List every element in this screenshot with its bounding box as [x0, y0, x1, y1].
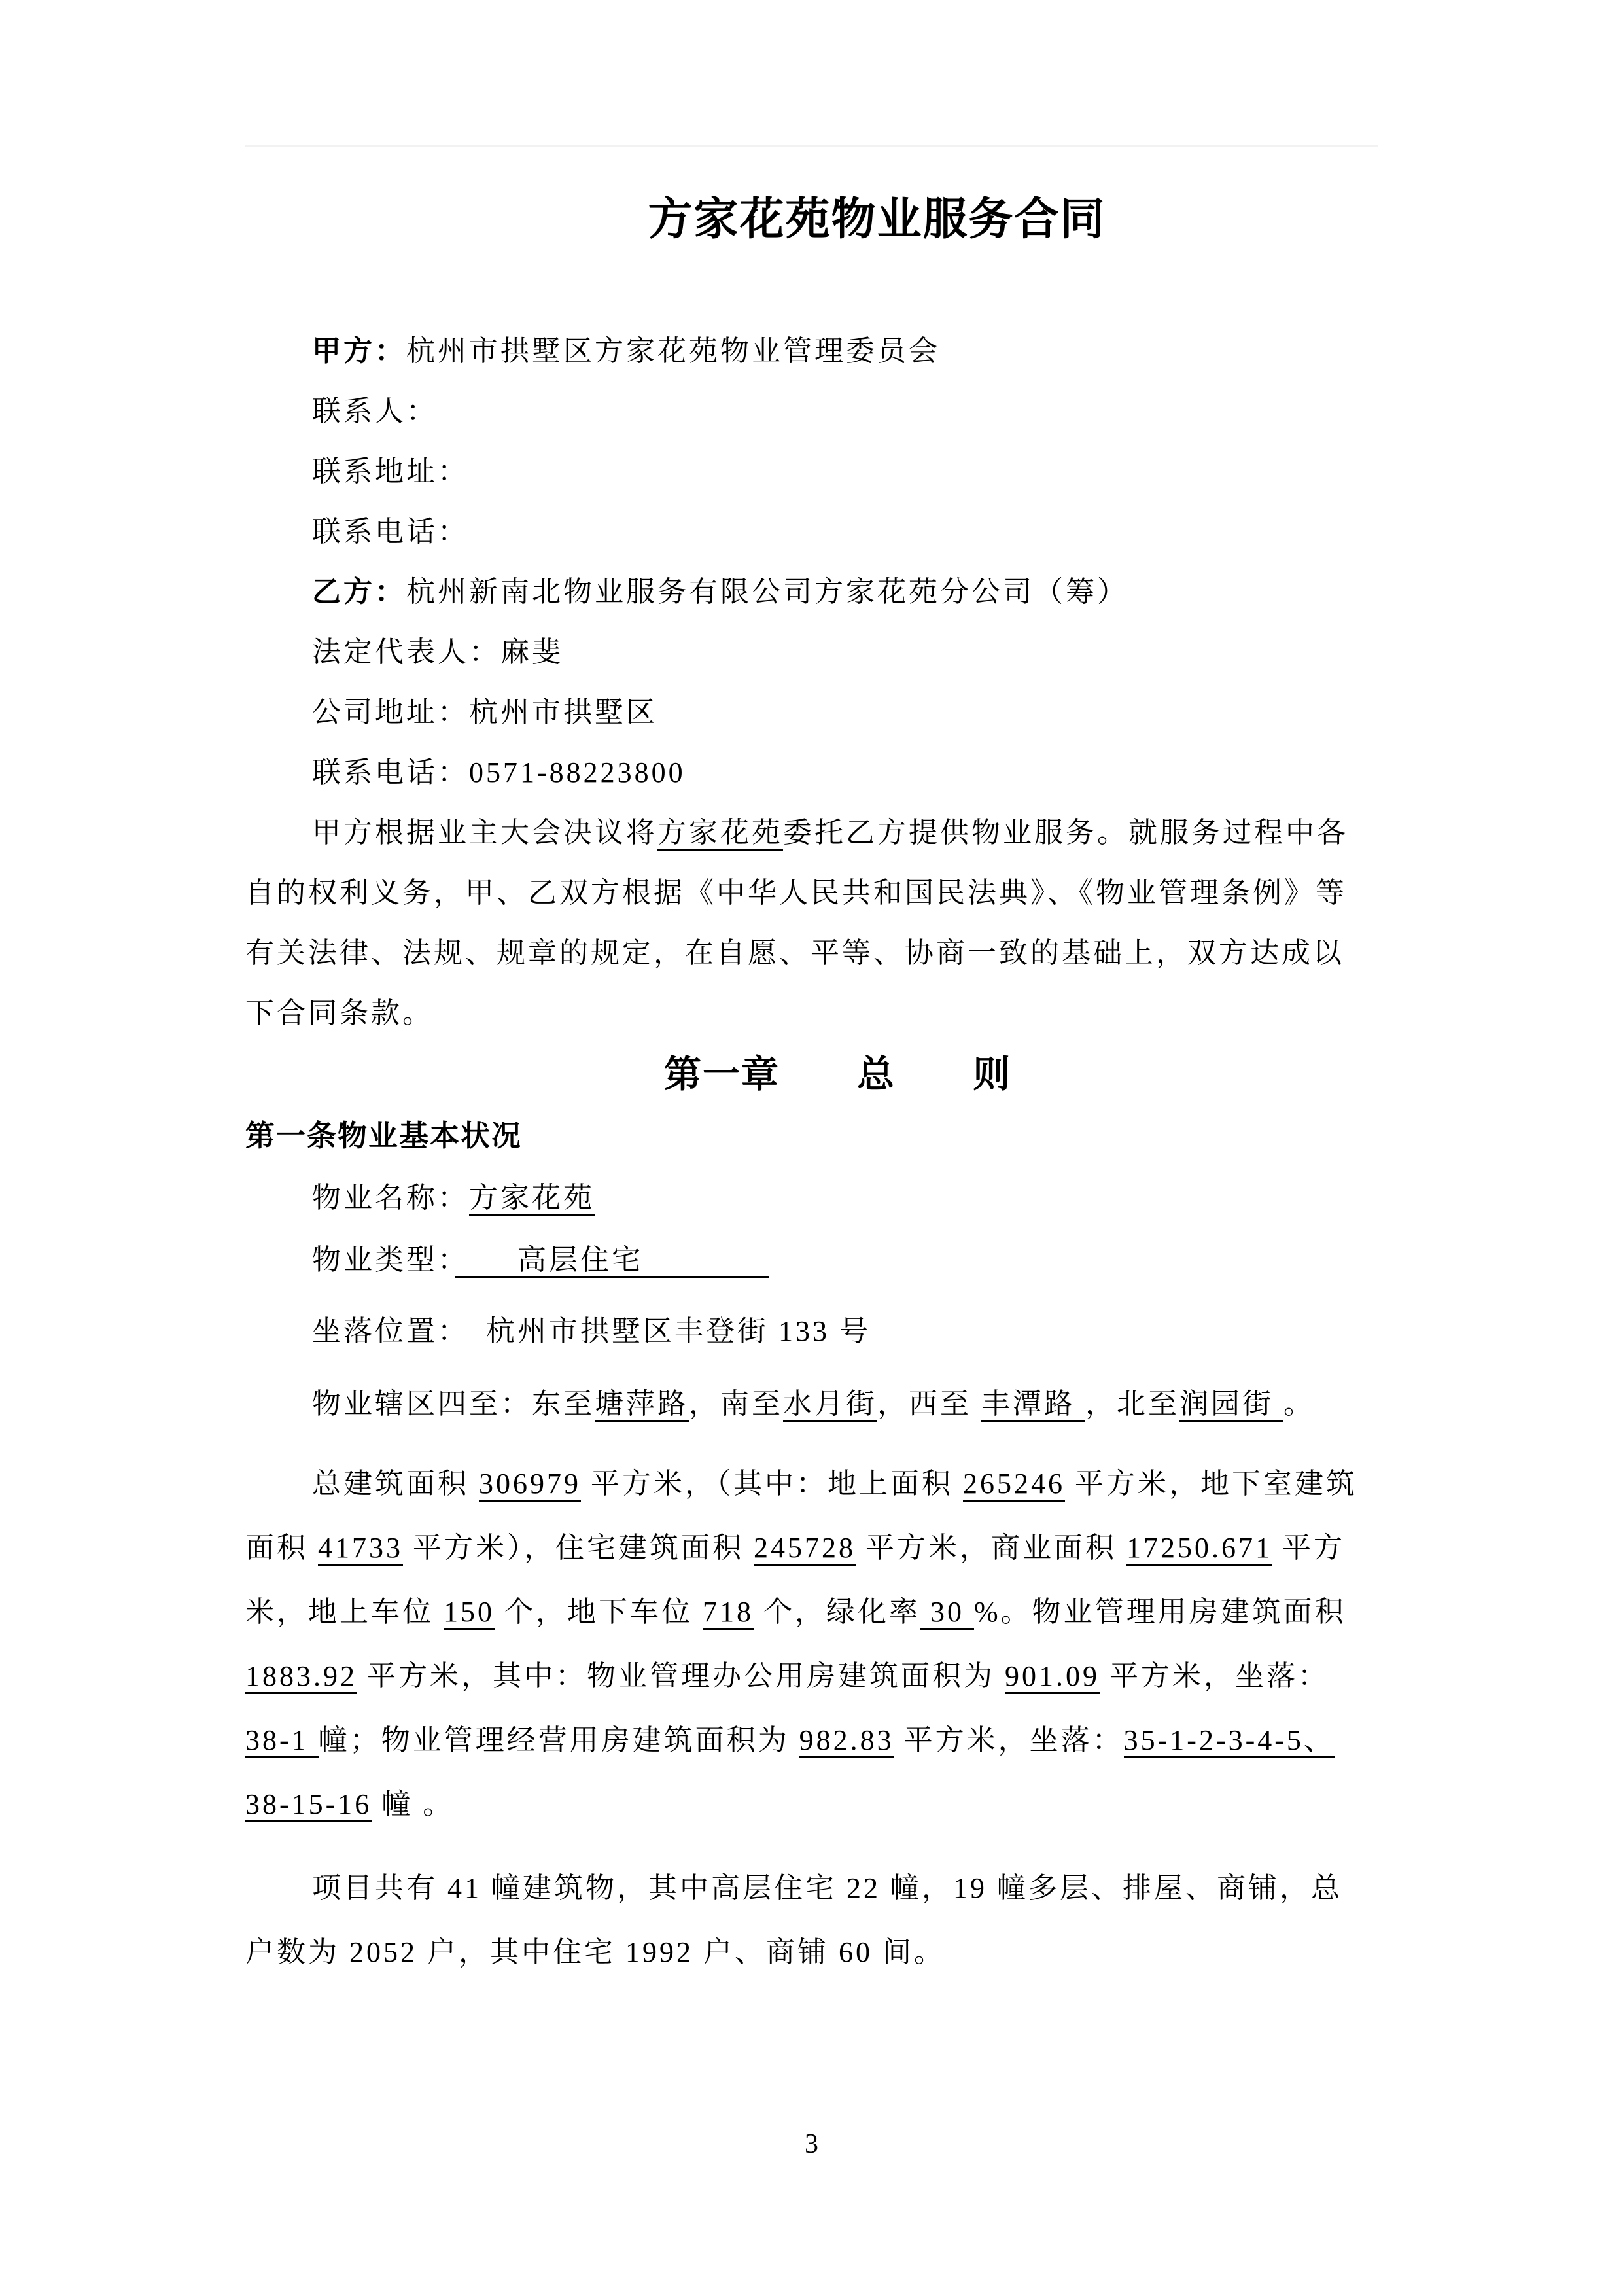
text-segment: 幢；物业管理经营用房建筑面积为	[319, 1724, 799, 1756]
underlined-value: 丰潭路	[981, 1388, 1085, 1422]
chapter-heading: 第一章 总 则	[245, 1044, 1378, 1106]
text-segment: 。	[1283, 1388, 1315, 1420]
text-segment: 项目共有 41 幢建筑物，其中高层住宅 22 幢，19 幢多层、排屋、商铺，总	[312, 1872, 1342, 1904]
project-summary-paragraph: 项目共有 41 幢建筑物，其中高层住宅 22 幢，19 幢多层、排屋、商铺，总户…	[245, 1856, 1378, 1985]
top-divider	[245, 145, 1378, 147]
text-line: 自的权利义务，甲、乙双方根据《中华人民共和国民法典》、《物业管理条例》等	[245, 863, 1378, 923]
text-segment: 联系人：	[312, 395, 438, 427]
text-line: 面积 41733 平方米），住宅建筑面积 245728 平方米，商业面积 172…	[245, 1516, 1378, 1580]
text-segment: 个，地下车位	[495, 1596, 703, 1628]
text-line: 法定代表人：麻斐	[245, 622, 1378, 682]
underlined-value: 1883.92	[245, 1660, 357, 1694]
text-segment: 总建筑面积	[312, 1468, 479, 1500]
underlined-value: 150	[444, 1596, 495, 1630]
underlined-value: 41733	[318, 1532, 403, 1566]
text-line: 公司地址：杭州市拱墅区	[245, 682, 1378, 743]
text-line: 联系人：	[245, 381, 1378, 442]
text-segment: 平方	[1272, 1532, 1345, 1564]
underlined-value: 245728	[754, 1532, 856, 1566]
text-segment: 联系地址：	[312, 455, 469, 487]
text-line: 乙方：杭州新南北物业服务有限公司方家花苑分公司（筹）	[245, 562, 1378, 622]
text-segment: 面积	[245, 1532, 318, 1564]
text-segment: ，西至	[877, 1388, 981, 1420]
text-segment: 自的权利义务，甲、乙双方根据《中华人民共和国民法典》、《物业管理条例》等	[245, 877, 1347, 909]
text-line: 物业类型： 高层住宅	[245, 1229, 1378, 1291]
underlined-value: 方家花苑	[469, 1182, 595, 1216]
text-segment: 杭州新南北物业服务有限公司方家花苑分公司（筹）	[406, 576, 1128, 608]
text-line: 1883.92 平方米，其中：物业管理办公用房建筑面积为 901.09 平方米，…	[245, 1644, 1378, 1708]
text-segment: 法定代表人：麻斐	[312, 636, 563, 668]
underlined-value: 方家花苑	[657, 817, 783, 851]
article-heading: 第一条物业基本状况	[245, 1106, 1378, 1167]
contact-block: 甲方：杭州市拱墅区方家花苑物业管理委员会联系人：联系地址：联系电话：乙方：杭州新…	[245, 321, 1378, 803]
text-segment: 平方米，坐落：	[894, 1724, 1124, 1756]
underlined-value: 高层住宅	[455, 1244, 769, 1278]
text-segment: 有关法律、法规、规章的规定，在自愿、平等、协商一致的基础上，双方达成以	[245, 937, 1344, 969]
building-area-paragraph: 总建筑面积 306979 平方米，（其中：地上面积 265246 平方米，地下室…	[245, 1452, 1378, 1837]
text-segment: 物业辖区四至：东至	[312, 1388, 595, 1420]
underlined-value: 17250.671	[1126, 1532, 1272, 1566]
text-line: 物业辖区四至：东至塘萍路，南至水月街，西至 丰潭路 ，北至润园街 。	[245, 1373, 1378, 1435]
text-segment: 公司地址：杭州市拱墅区	[312, 696, 657, 728]
text-segment: 委托乙方提供物业服务。就服务过程中各	[783, 817, 1348, 849]
text-segment: 幢 。	[372, 1788, 454, 1820]
text-segment: ，南至	[689, 1388, 783, 1420]
intro-paragraph: 甲方根据业主大会决议将方家花苑委托乙方提供物业服务。就服务过程中各自的权利义务，…	[245, 803, 1378, 1044]
text-line: 甲方：杭州市拱墅区方家花苑物业管理委员会	[245, 321, 1378, 381]
underlined-value: 30	[920, 1596, 974, 1630]
underlined-value: 982.83	[799, 1724, 894, 1758]
text-line: 有关法律、法规、规章的规定，在自愿、平等、协商一致的基础上，双方达成以	[245, 923, 1378, 983]
text-segment: 下合同条款。	[245, 997, 434, 1029]
underlined-value: 35-1-2-3-4-5、	[1124, 1724, 1335, 1758]
text-segment: 米，地上车位	[245, 1596, 444, 1628]
text-segment: 平方米，商业面积	[856, 1532, 1126, 1564]
underlined-value: 306979	[479, 1468, 581, 1502]
text-line: 联系地址：	[245, 442, 1378, 502]
contract-page: { "doc": { "title": "方家花苑物业服务合同", "chapt…	[0, 0, 1623, 2296]
text-segment: 物业名称：	[312, 1182, 469, 1214]
page-number: 3	[0, 2128, 1623, 2160]
contract-title: 方家花苑物业服务合同	[245, 186, 1378, 252]
text-segment: 户数为 2052 户，其中住宅 1992 户、商铺 60 间。	[245, 1936, 945, 1968]
text-segment: 联系电话：	[312, 516, 469, 548]
text-line: 甲方根据业主大会决议将方家花苑委托乙方提供物业服务。就服务过程中各	[245, 803, 1378, 863]
underlined-value: 901.09	[1005, 1660, 1100, 1694]
underlined-value: 265246	[963, 1468, 1065, 1502]
bold-label: 甲方：	[312, 335, 406, 367]
text-segment: 联系电话：0571-88223800	[312, 756, 686, 788]
text-segment: 甲方根据业主大会决议将	[312, 817, 657, 849]
text-line: 38-1 幢；物业管理经营用房建筑面积为 982.83 平方米，坐落：35-1-…	[245, 1708, 1378, 1773]
text-segment: %。物业管理用房建筑面积	[974, 1596, 1346, 1628]
text-line: 坐落位置： 杭州市拱墅区丰登街 133 号	[245, 1300, 1378, 1362]
text-segment: ，北至	[1085, 1388, 1179, 1420]
text-segment: 物业类型：	[312, 1244, 455, 1276]
text-segment: 杭州市拱墅区方家花苑物业管理委员会	[406, 335, 940, 367]
text-segment: 平方米，坐落：	[1100, 1660, 1329, 1692]
text-line: 项目共有 41 幢建筑物，其中高层住宅 22 幢，19 幢多层、排屋、商铺，总	[245, 1856, 1378, 1920]
text-line: 总建筑面积 306979 平方米，（其中：地上面积 265246 平方米，地下室…	[245, 1452, 1378, 1516]
document-body: 方家花苑物业服务合同 甲方：杭州市拱墅区方家花苑物业管理委员会联系人：联系地址：…	[245, 145, 1378, 1985]
text-segment: 平方米，其中：物业管理办公用房建筑面积为	[357, 1660, 1005, 1692]
underlined-value: 38-15-16	[245, 1788, 372, 1822]
text-line: 联系电话：	[245, 502, 1378, 562]
text-segment: 坐落位置： 杭州市拱墅区丰登街 133 号	[312, 1315, 871, 1347]
underlined-value: 38-1	[245, 1724, 319, 1758]
text-segment: 平方米），住宅建筑面积	[403, 1532, 754, 1564]
text-line: 米，地上车位 150 个，地下车位 718 个，绿化率 30 %。物业管理用房建…	[245, 1580, 1378, 1644]
underlined-value: 塘萍路	[595, 1388, 689, 1422]
text-segment: 平方米，（其中：地上面积	[581, 1468, 963, 1500]
text-segment: 平方米，地下室建筑	[1065, 1468, 1357, 1500]
text-line: 38-15-16 幢 。	[245, 1773, 1378, 1837]
underlined-value: 水月街	[783, 1388, 877, 1422]
text-line: 物业名称：方家花苑	[245, 1167, 1378, 1229]
text-segment: 个，绿化率	[754, 1596, 920, 1628]
underlined-value: 718	[703, 1596, 754, 1630]
text-line: 联系电话：0571-88223800	[245, 743, 1378, 803]
text-line: 下合同条款。	[245, 983, 1378, 1044]
property-info-block: 物业名称：方家花苑物业类型： 高层住宅 坐落位置： 杭州市拱墅区丰登街 133 …	[245, 1167, 1378, 1435]
underlined-value: 润园街	[1179, 1388, 1283, 1422]
text-line: 户数为 2052 户，其中住宅 1992 户、商铺 60 间。	[245, 1920, 1378, 1985]
bold-label: 乙方：	[312, 576, 406, 608]
